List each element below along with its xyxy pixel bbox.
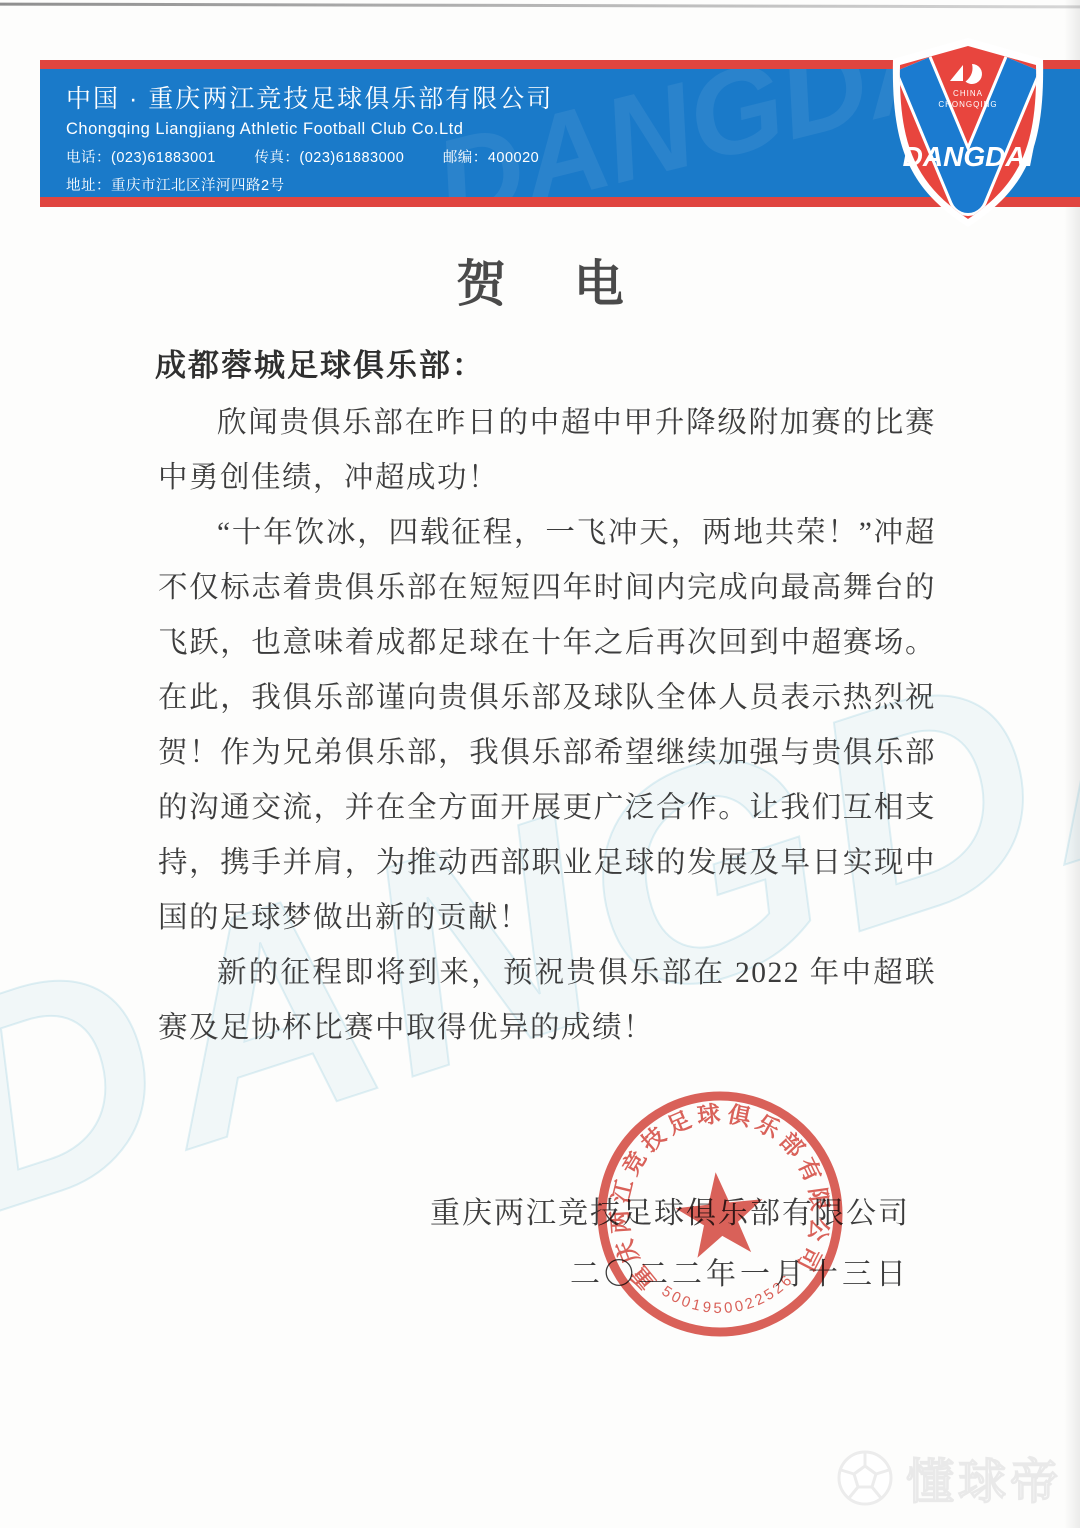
badge-region-line1: CHINA <box>953 89 983 98</box>
phone-label: 电话： <box>66 150 111 166</box>
shield-icon: CHINA CHONGQING DANGDAI <box>886 36 1050 230</box>
scan-edge-line <box>0 3 1080 9</box>
badge-brand-text: DANGDAI <box>903 141 1035 172</box>
seal-icon: 重庆两江竞技足球俱乐部有限公司 5001950022526 <box>575 1069 865 1359</box>
address-value: 重庆市江北区洋河四路2号 <box>111 178 285 194</box>
paragraph: 新的征程即将到来，预祝贵俱乐部在 2022 年中超联赛及足协杯比赛中取得优异的成… <box>158 946 936 1056</box>
phone-value: (023)61883001 <box>111 150 216 166</box>
fax-label: 传真： <box>254 150 299 166</box>
club-shield-badge: CHINA CHONGQING DANGDAI <box>886 36 1050 230</box>
address-label: 地址： <box>66 178 111 194</box>
zip-value: 400020 <box>488 150 539 166</box>
website-value: www.dangdailifanfc.cn <box>111 206 265 207</box>
badge-region-line2: CHONGQING <box>938 100 997 109</box>
paragraph: 欣闻贵俱乐部在昨日的中超中甲升降级附加赛的比赛中勇创佳绩，冲超成功！ <box>158 396 936 506</box>
letter-page: DANGDAI DANGDAI 中国 · 重庆两江竞技足球俱乐部有限公司 Cho… <box>0 0 1080 1528</box>
letter-title: 贺电 <box>0 244 1080 316</box>
paragraph: “十年饮冰，四载征程，一飞冲天，两地共荣！”冲超不仅标志着贵俱乐部在短短四年时间… <box>158 506 936 946</box>
site-watermark: 懂球帝 <box>836 1443 1062 1512</box>
company-seal: 重庆两江竞技足球俱乐部有限公司 5001950022526 <box>575 1069 865 1359</box>
scan-edge-shade <box>1064 0 1080 1528</box>
salutation: 成都蓉城足球俱乐部： <box>155 340 485 385</box>
site-watermark-text: 懂球帝 <box>906 1443 1062 1512</box>
website-label: 网址： <box>66 206 111 207</box>
letter-body: 欣闻贵俱乐部在昨日的中超中甲升降级附加赛的比赛中勇创佳绩，冲超成功！ “十年饮冰… <box>158 396 936 1056</box>
football-icon <box>836 1449 894 1507</box>
fax-value: (023)61883000 <box>299 150 404 166</box>
zip-label: 邮编： <box>443 150 488 166</box>
